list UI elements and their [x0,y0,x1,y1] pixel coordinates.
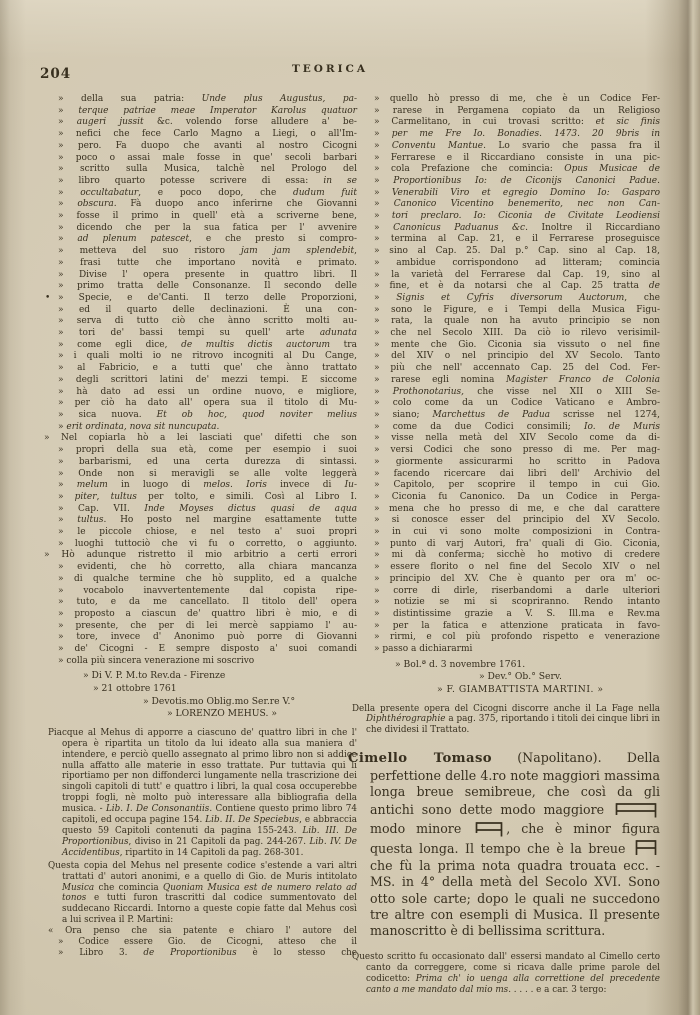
quote-marker: » [58,211,64,221]
quote-line: » luoghi tuttociò che vi fu o corretto, … [44,539,357,551]
quote-line: » Codice essere Gio. de Cicogni, atteso … [44,937,357,948]
quote-line-text: che nel Secolo XIII. Da ciò io rilevo ve… [390,328,660,338]
quote-line: » hà dato ad essi un ordine nuovo, e mig… [44,387,357,399]
quote-line-text: erit ordinata, nova sit nuncupata. [66,422,219,432]
quote-marker: » [58,246,64,256]
quote-line: » Carmelitano, in cui trovasi scritto: e… [360,117,660,129]
quote-marker: » [374,223,380,233]
quote-line: » tori preclaro. Io: Ciconia de Civitate… [360,211,660,223]
quote-marker: » [58,176,64,186]
quote-marker: » [58,609,64,619]
note-quote-lines: « Ora penso che sia patente e chiaro l' … [44,926,357,959]
quote-line: » piter, tultus per tolto, e simili. Cos… [44,492,357,504]
quote-line-text: notizie se mi si scopriranno. Rendo inta… [394,597,660,607]
quote-line-text: presente, che per di lei mercè sappiamo … [75,621,357,631]
quote-line: » passo a dichiararmi [360,644,660,656]
quote-line-text: melum in luogo di melos. Ioris invece di… [77,480,357,490]
quote-line: » Venerabili Viro et egregio Domino Io: … [360,188,660,200]
catalog-entry-cimello: Cimello Tomaso (Napolitano). Della perfe… [348,750,660,939]
quote-line: » primo tratta delle Consonanze. Il seco… [44,281,357,293]
quote-line-text: piter, tultus per tolto, e simili. Così … [75,492,357,502]
quote-line: » augeri jussit &c. volendo forse allude… [44,117,357,129]
quote-line: » quello hò presso di me, che è un Codic… [360,94,660,106]
quote-line: » de' Cicogni - E sempre disposto a' suo… [44,644,357,656]
quote-line: » tori de' bassi tempi su quell' arte ad… [44,328,357,340]
quote-marker: » [58,316,64,326]
quote-line: » Proportionibus Io: de Ciconijs Canonic… [360,176,660,188]
quote-marker: » [58,632,64,642]
quote-line: » tuto, e da me cancellato. Il titolo de… [44,597,357,609]
quote-line: » mena che ho presso di me, e che dal ca… [360,504,660,516]
quote-marker: » [374,234,380,244]
quote-line: » essere florito o nel fine del Secolo X… [360,562,660,574]
quote-marker: » [58,504,64,514]
quote-marker: » [374,293,380,303]
closing-date-line: » Bol.ª d. 3 novembre 1761. [395,659,660,672]
quote-line: » mente che Gio. Ciconia sia vissuto o n… [360,340,660,352]
quote-marker: » [44,550,50,560]
quote-line-text: colla più sincera venerazione mi soscriv… [66,656,254,666]
quote-line: » fine, et è da notarsi che al Cap. 25 t… [360,281,660,293]
longa-note-icon [475,819,503,837]
quote-line-text: come da due Codici consimili; Io. de Mur… [393,422,660,432]
quote-line-text: terque patriae meae Imperator Karolus qu… [78,106,357,116]
quote-line-text: visse nella metà del XIV Secolo come da … [391,433,660,443]
quote-line: » nefici che fece Carlo Magno a Liegi, o… [44,129,357,141]
quote-line: » come da due Codici consimili; Io. de M… [360,422,660,434]
quote-line: » colo come da un Codice Vaticano e Ambr… [360,398,660,410]
quote-line-text: sica nuova. Et ob hoc, quod noviter meli… [78,410,357,420]
quote-line-text: barbarismi, ed una certa durezza di sint… [79,457,357,467]
quote-line-text: mente che Gio. Ciconia sia vissuto o nel… [391,340,660,350]
quote-line-text: più che nell' accennato Cap. 25 del Cod.… [390,363,660,373]
quote-line-text: in cui vi sono molte composizioni in Con… [392,527,660,537]
quote-line-text: Signis et Cyfris diversorum Auctorum, ch… [396,293,660,303]
quote-line-text: versi Codici che sono presso di me. Per … [390,445,660,455]
quote-line-text: punto di varj Autori, fra' quali di Gio.… [390,539,660,549]
quote-line: » pero. Fa duopo che avanti al nostro Ci… [44,141,357,153]
quote-line-text: Libro 3. de Proportionibus è lo stesso c… [79,948,357,958]
quote-line-text: hà dato ad essi un ordine nuovo, e migli… [76,387,357,397]
quote-line: » punto di varj Autori, fra' quali di Gi… [360,539,660,551]
quote-marker: » [374,117,380,127]
quote-line: » come egli dice, de multis dictis aucto… [44,340,357,352]
quote-line-text: Ora penso che sia patente e chiaro l' au… [65,926,357,936]
quote-line-text: Canonico Vicentino benemerito, nec non C… [394,199,660,209]
quote-marker: » [374,211,380,221]
quote-marker: » [374,422,380,432]
quote-marker: » [374,515,380,525]
quote-marker: » [58,574,64,584]
quote-marker: » [374,609,380,619]
quote-marker: » [374,340,380,350]
quote-line: » Signis et Cyfris diversorum Auctorum, … [360,293,660,305]
quote-line-text: fine, et è da notarsi che al Cap. 25 tra… [389,281,660,291]
quote-marker: » [374,363,380,373]
quote-line-text: del XIV o nel principio del XV Secolo. T… [391,351,660,361]
quote-line: » visse nella metà del XIV Secolo come d… [360,433,660,445]
quote-line: » Capitolo, per scoprire il tempo in cui… [360,480,660,492]
quote-line-text: ed il quarto delle declinazioni. È una c… [79,305,357,315]
quote-marker: » [58,562,64,572]
quote-line: » in cui vi sono molte composizioni in C… [360,527,660,539]
quote-line: » rarese egli nomina Magister Franco de … [360,375,660,387]
quote-marker: » [58,305,64,315]
quote-marker: » [58,398,64,408]
closing-place-line: » Di V. P. M.to Rev.da - Firenze [83,670,357,683]
quote-line-text: passo a dichiararmi [382,644,472,654]
quote-marker: » [374,176,380,186]
quote-line: » terque patriae meae Imperator Karolus … [44,106,357,118]
quote-marker: » [58,188,64,198]
quote-line-text: Nel copiarla hò a lei lasciati que' dife… [61,433,357,443]
quote-line-text: proposto a ciascun de' quattro libri è m… [74,609,357,619]
quote-line-text: giormente assicurarmi ho scritto in Pado… [396,457,660,467]
quote-line-text: tori preclaro. Io: Ciconia de Civitate L… [392,211,660,221]
quote-line-text: rarese in Pergamena copiato da un Religi… [393,106,660,116]
quote-line-text: la varietà del Ferrarese dal Cap. 19, si… [391,270,660,280]
quote-line: » Ferrarese e il Riccardiano consiste in… [360,153,660,165]
running-head: TEORICA [0,63,700,75]
quote-line: » fosse il primo in quell' età a scriver… [44,211,357,223]
quote-line: » rata, la quale non ha avuto principio … [360,316,660,328]
left-column: » della sua patria: Unde plus Augustus, … [44,94,357,996]
quote-line: » la varietà del Ferrarese dal Cap. 19, … [360,270,660,282]
quote-line: » erit ordinata, nova sit nuncupata. [44,422,357,434]
quote-line: » della sua patria: Unde plus Augustus, … [44,94,357,106]
quote-line-text: si conosce esser del principio del XV Se… [392,515,660,525]
quote-line: » siano; Marchettus de Padua scrisse nel… [360,410,660,422]
editorial-notes-right: Della presente opera del Cicogni discorr… [360,704,660,737]
quote-line-text: distintissime grazie a V. S. Ill.ma e Re… [393,609,660,619]
closing-left: » Di V. P. M.to Rev.da - Firenze » 21 ot… [44,670,357,720]
quote-line: » del XIV o nel principio del XV Secolo.… [360,351,660,363]
quote-line: » sica nuova. Et ob hoc, quod noviter me… [44,410,357,422]
quote-line: •» Specie, e de'Canti. Il terzo delle Pr… [44,293,357,305]
quote-line-text: Canonicus Paduanus &c. Inoltre il Riccar… [393,223,660,233]
quote-line-text: libro quarto potesse scrivere di essa: i… [79,176,357,186]
quote-marker: » [374,328,380,338]
quote-line: » obscura. Fà duopo anco inferirne che G… [44,199,357,211]
quote-marker: » [374,433,380,443]
quote-line-text: Capitolo, per scoprire il tempo in cui G… [393,480,660,490]
breve-note-icon [635,837,657,857]
quote-line: » per me Fre Io. Bonadies. 1473. 20 9bri… [360,129,660,141]
quote-line-text: principio del XV. Che è quanto per ora m… [390,574,660,584]
quote-marker: » [58,948,63,958]
quote-line-text: rarese egli nomina Magister Franco de Co… [391,375,660,385]
quote-line-text: per la fatica e attenzione praticata in … [393,621,660,631]
quote-marker: » [58,387,64,397]
quote-line-text: Cap. VII. Inde Moyses dictus quasi de aq… [78,504,357,514]
entry-text: che fù la prima nota quadra trouata ecc.… [370,858,660,939]
quote-line-text: Ferrarese e il Riccardiano consiste in u… [391,153,660,163]
closing-valediction: » Dev.° Ob.° Serv. [479,671,660,684]
quote-marker: « [48,926,53,936]
quote-marker: » [58,351,64,361]
quote-marker: » [374,387,380,397]
quote-marker: » [374,141,380,151]
two-column-text: » della sua patria: Unde plus Augustus, … [44,94,660,996]
quote-line-text: mi dà conferma; sicchè ho motivo di cred… [392,550,660,560]
quote-marker: » [58,164,64,174]
quote-line: » colla più sincera venerazione mi soscr… [44,656,357,668]
quote-marker: » [44,433,50,443]
right-column: » quello hò presso di me, che è un Codic… [360,94,660,996]
quote-line-text: Proportionibus Io: de Ciconijs Canonici … [393,176,660,186]
quote-marker: » [374,550,380,560]
quote-line-text: ad plenum patescet, e che presto si comp… [77,234,357,244]
quote-marker: » [58,422,64,432]
quote-line: » per la fatica e attenzione praticata i… [360,621,660,633]
quote-marker: » [374,562,380,572]
quote-marker: » [58,597,64,607]
quote-marker: » [58,469,64,479]
quote-line-text: obscura. Fà duopo anco inferirne che Gio… [77,199,357,209]
quote-line-text: per me Fre Io. Bonadies. 1473. 20 9bris … [392,129,660,139]
quote-line-text: cola Prefazione che comincia: Opus Music… [391,164,660,174]
quote-line-text: sino al Cap. 25. Dal p.° Cap. sino al Ca… [389,246,660,256]
quote-line: » che nel Secolo XIII. Da ciò io rilevo … [360,328,660,340]
quote-marker: » [374,644,380,654]
quote-line: » i quali molti io ne ritrovo incogniti … [44,351,357,363]
quote-line: » libro quarto potesse scrivere di essa:… [44,176,357,188]
quote-line: » Canonico Vicentino benemerito, nec non… [360,199,660,211]
quote-marker: » [374,129,380,139]
quote-line-text: siano; Marchettus de Padua scrisse nel 1… [392,410,660,420]
quote-line: » barbarismi, ed una certa durezza di si… [44,457,357,469]
quote-line: » facendo ricercare dai libri dell' Arch… [360,469,660,481]
quote-marker: » [374,445,380,455]
quote-line-text: Conventu Mantue. Lo svario che passa fra… [392,141,660,151]
quote-line: » principio del XV. Che è quanto per ora… [360,574,660,586]
quote-line-text: primo tratta delle Consonanze. Il second… [77,281,357,291]
quote-line-text: essere florito o nel fine del Secolo XIV… [390,562,660,572]
quote-line-text: Ciconia fu Canonico. Da un Codice in Per… [392,492,660,502]
quote-line-text: fosse il primo in quell' età a scriverne… [76,211,357,221]
editorial-notes-left: Piacque al Mehus di apporre a ciascuno d… [44,728,357,959]
quote-line: » Ciconia fu Canonico. Da un Codice in P… [360,492,660,504]
quote-marker: » [374,316,380,326]
quote-line: » tultus. Ho posto nel margine esattamen… [44,515,357,527]
quote-line-text: rata, la quale non ha avuto principio se… [391,316,660,326]
quote-marker: » [374,597,380,607]
quote-line-text: Codice essere Gio. de Cicogni, atteso ch… [78,937,357,947]
quote-line-text: propri della sua età, come per esempio i… [76,445,357,455]
quote-marker: » [58,117,64,127]
quote-marker: » [58,199,64,209]
quote-line-text: quello hò presso di me, che è un Codice … [390,94,660,104]
entry-text: modo minore [370,821,472,836]
quote-marker: » [58,480,64,490]
quote-line: » sono le Figure, e i Tempi della Musica… [360,305,660,317]
quote-line: » scritto sulla Musica, talchè nel Prolo… [44,164,357,176]
quote-marker: » [374,480,380,490]
entry-heading: Cimello Tomaso [348,751,492,766]
closing-signature: » LORENZO MEHUS. » [167,708,357,721]
quote-line-text: occultabatur, e poco dopo, che dudum fui… [80,188,357,198]
quote-line: » Prothonotarius, che visse nel XII o XI… [360,387,660,399]
quote-line: » mi dà conferma; sicchè ho motivo di cr… [360,550,660,562]
quote-line-text: mena che ho presso di me, e che dal cara… [389,504,660,514]
quote-marker: » [58,234,64,244]
quote-marker: » [374,504,380,514]
quote-marker: » [58,656,64,666]
quote-marker: » [58,270,64,280]
quote-marker: » [374,586,380,596]
quote-line: » tore, invece d' Anonimo può porre di G… [44,632,357,644]
quoted-letter-right: » quello hò presso di me, che è un Codic… [360,94,660,656]
quote-line: » poco o assai male fosse in que' secoli… [44,153,357,165]
quote-line-text: sono le Figure, e i Tempi della Musica F… [391,305,660,315]
quote-line: » dicendo che per la sua fatica per l' a… [44,223,357,235]
quote-line: » propri della sua età, come per esempio… [44,445,357,457]
quote-line-text: rirmi, e col più profondo rispetto e ven… [390,632,660,642]
quote-line-text: di qualche termine che hò supplito, ed a… [74,574,357,584]
quote-line-text: tore, invece d' Anonimo può porre di Gio… [76,632,357,642]
quote-line-text: facendo ricercare dai libri dell' Archiv… [394,469,660,479]
quote-line-text: poco o assai male fosse in que' secoli b… [76,153,357,163]
quote-line: » distintissime grazie a V. S. Ill.ma e … [360,609,660,621]
quote-marker: » [58,258,64,268]
quote-line-text: degli scrittori latini de' mezzi tempi. … [76,375,357,385]
quote-line: » versi Codici che sono presso di me. Pe… [360,445,660,457]
quote-marker: » [58,281,64,291]
quote-line: » degli scrittori latini de' mezzi tempi… [44,375,357,387]
quote-line-text: Venerabili Viro et egregio Domino Io: Ga… [392,188,660,198]
closing-signature: » F. GIAMBATTISTA MARTINI. » [437,684,660,697]
quote-line: » proposto a ciascun de' quattro libri è… [44,609,357,621]
quote-marker: » [374,527,380,537]
quote-line-text: serva di tutto ciò che ànno scritto molt… [77,316,357,326]
quote-marker: » [374,398,380,408]
quote-line-text: le piccole chiose, e nel testo a' suoi p… [77,527,357,537]
quote-marker: » [58,340,64,350]
quote-line: » Nel copiarla hò a lei lasciati que' di… [44,433,357,445]
quote-marker: » [374,574,380,584]
quote-line: » notizie se mi si scopriranno. Rendo in… [360,597,660,609]
quote-line: » termina al Cap. 21, e il Ferrarese pro… [360,234,660,246]
quote-line-text: evidenti, che hò corretto, alla chiara m… [77,562,357,572]
quote-marker: » [58,293,64,303]
quote-line: » Cap. VII. Inde Moyses dictus quasi de … [44,504,357,516]
quote-line: » Libro 3. de Proportionibus è lo stesso… [44,948,357,959]
quote-line-text: tori de' bassi tempi su quell' arte adun… [79,328,357,338]
quote-line: » presente, che per di lei mercè sappiam… [44,621,357,633]
quote-marker: » [58,515,64,525]
quote-line: » metteva del suo ristoro jam jam splend… [44,246,357,258]
quote-marker: » [374,281,380,291]
quote-marker: » [374,375,380,385]
quote-line-text: Onde non si meravigli se alle volte legg… [78,469,357,479]
quote-marker: » [58,141,64,151]
quote-line: » al Fabricio, e a tutti que' che ànno t… [44,363,357,375]
quote-line: » Canonicus Paduanus &c. Inoltre il Ricc… [360,223,660,235]
quote-marker: » [374,188,380,198]
quote-line: » di qualche termine che hò supplito, ed… [44,574,357,586]
quote-marker: » [58,586,64,596]
quote-line-text: i quali molti io ne ritrovo incogniti al… [74,351,357,361]
quote-marker: » [58,457,64,467]
quoted-letter-left: » della sua patria: Unde plus Augustus, … [44,94,357,667]
quote-line-text: al Fabricio, e a tutti que' che ànno tra… [77,363,357,373]
quote-line-text: nefici che fece Carlo Magno a Liegi, o a… [76,129,357,139]
maxima-note-icon [615,800,657,818]
quote-line-text: corre di dirle, riserbandomi a darle ult… [393,586,660,596]
quote-line-text: scritto sulla Musica, talchè nel Prologo… [80,164,357,174]
quote-line: » vocabolo inavvertentemente dal copista… [44,586,357,598]
quote-line-text: augeri jussit &c. volendo forse alludere… [77,117,357,127]
note-paragraph: Questo scritto fu occasionato dall' esse… [348,952,660,996]
quote-line-text: Prothonotarius, che visse nel XII o XIII… [393,387,660,397]
quote-line: » cola Prefazione che comincia: Opus Mus… [360,164,660,176]
footnote-right: Questo scritto fu occasionato dall' esse… [360,952,660,996]
quote-line: » Divise l' opera presente in quattro li… [44,270,357,282]
quote-marker: » [374,539,380,549]
quote-marker: » [374,106,380,116]
quote-line: » per ciò ha dato all' opera sua il tito… [44,398,357,410]
quote-line: » corre di dirle, riserbandomi a darle u… [360,586,660,598]
quote-marker: » [58,492,64,502]
quote-line-text: colo come da un Codice Vaticano e Ambro- [393,398,660,408]
quote-line-text: vocabolo inavvertentemente dal copista r… [83,586,357,596]
quote-marker: » [58,621,64,631]
quote-line-text: tultus. Ho posto nel margine esattamente… [77,515,357,525]
quote-line: » Hò adunque ristretto il mio arbitrio a… [44,550,357,562]
quote-line-text: per ciò ha dato all' opera sua il titolo… [75,398,357,408]
quote-line: » più che nell' accennato Cap. 25 del Co… [360,363,660,375]
quote-line: » ed il quarto delle declinazioni. È una… [44,305,357,317]
quote-marker: » [374,469,380,479]
quote-line: » giormente assicurarmi ho scritto in Pa… [360,457,660,469]
quote-marker: » [374,246,380,256]
quote-marker: » [58,644,64,654]
quote-marker: » [58,129,64,139]
margin-bullet: • [45,293,50,305]
quote-line: » rarese in Pergamena copiato da un Reli… [360,106,660,118]
quote-marker: » [58,527,64,537]
quote-line: » ad plenum patescet, e che presto si co… [44,234,357,246]
quote-line: » occultabatur, e poco dopo, che dudum f… [44,188,357,200]
quote-line-text: ambidue corrispondono ad litteram; comin… [396,258,660,268]
quote-marker: » [58,106,64,116]
quote-line: » le piccole chiose, e nel testo a' suoi… [44,527,357,539]
quote-marker: » [374,492,380,502]
closing-date-line: » 21 ottobre 1761 [93,683,357,696]
closing-valediction: » Devotis.mo Oblig.mo Ser.re V.° [143,696,357,709]
quote-line: » si conosce esser del principio del XV … [360,515,660,527]
quote-marker: » [58,375,64,385]
quote-line: » melum in luogo di melos. Ioris invece … [44,480,357,492]
quote-line-text: Specie, e de'Canti. Il terzo delle Propo… [79,293,357,303]
note-paragraph: Della presente opera del Cicogni discorr… [348,704,660,737]
quote-marker: » [374,258,380,268]
quote-line-text: de' Cicogni - E sempre disposto a' suoi … [74,644,357,654]
quote-marker: » [374,153,380,163]
quote-marker: » [58,94,64,104]
quote-line-text: frasi tutte che importano novità e prima… [80,258,357,268]
quote-line-text: dicendo che per la sua fatica per l' avv… [76,223,357,233]
quote-line: » frasi tutte che importano novità e pri… [44,258,357,270]
quote-line-text: pero. Fa duopo che avanti al nostro Cico… [78,141,357,151]
quote-marker: » [374,164,380,174]
quote-line-text: tuto, e da me cancellato. Il titolo dell… [76,597,357,607]
quote-line-text: termina al Cap. 21, e il Ferrarese prose… [391,234,660,244]
quote-marker: » [374,199,380,209]
quote-line-text: della sua patria: Unde plus Augustus, pa… [81,94,357,104]
quote-marker: » [58,445,64,455]
note-paragraph: Piacque al Mehus di apporre a ciascuno d… [44,728,357,859]
